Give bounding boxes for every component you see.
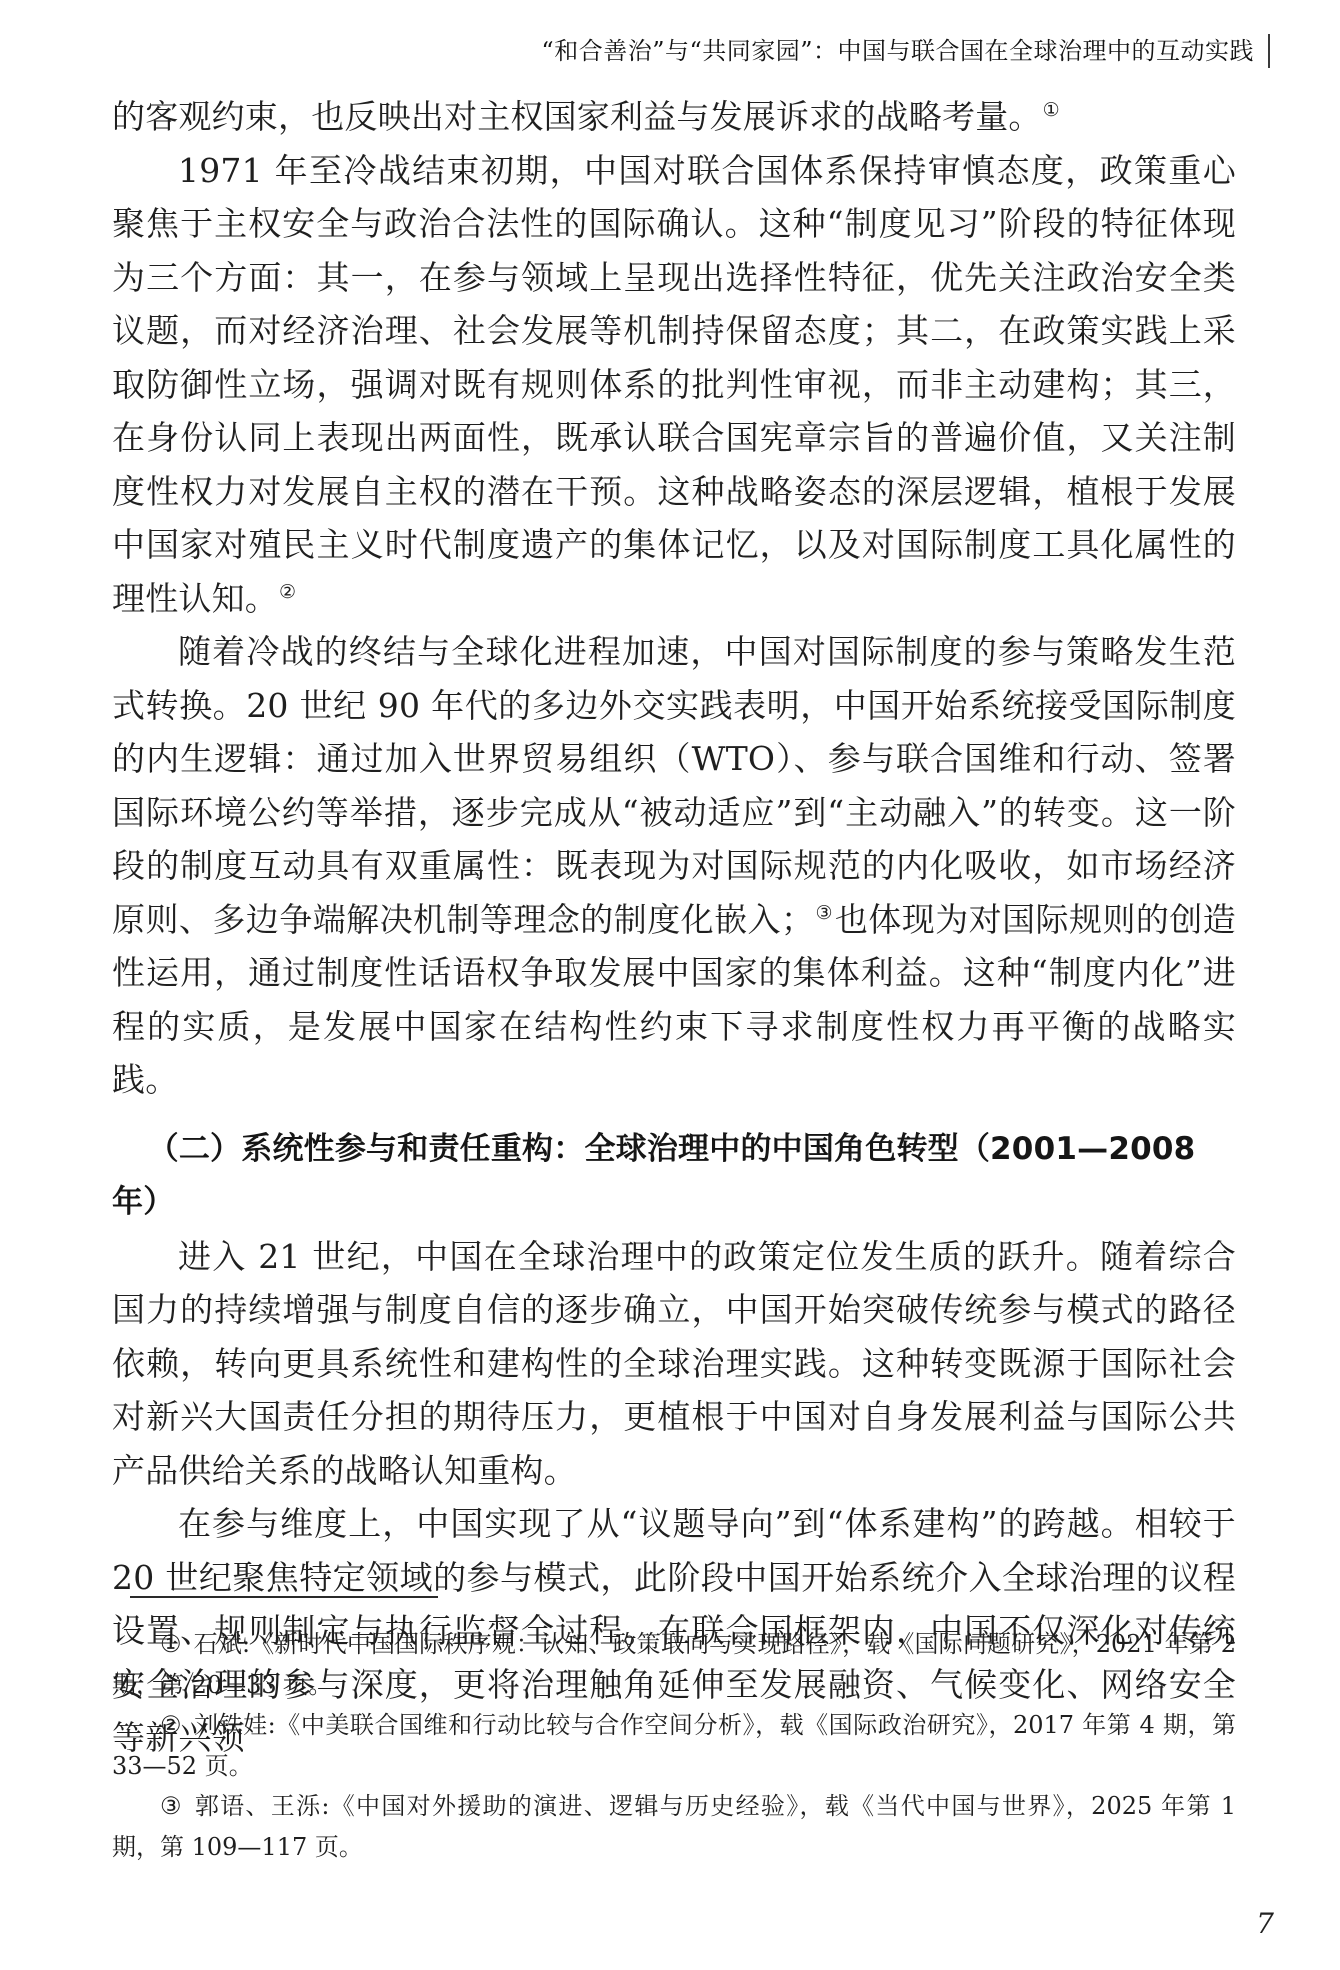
footnotes-section: ①石斌:《新时代中国国际秩序观：认知、政策取向与实现路径》，载《国际问题研究》，… xyxy=(112,1596,1236,1867)
running-header-title: “和合善治”与“共同家园”：中国与联合国在全球治理中的互动实践 xyxy=(541,35,1254,67)
paragraph-2: 1971 年至冷战结束初期，中国对联合国体系保持审慎态度，政策重心聚焦于主权安全… xyxy=(112,144,1236,626)
paragraph-text: 的客观约束，也反映出对主权国家利益与发展诉求的战略考量。 xyxy=(112,97,1042,136)
footnote-ref-1: ① xyxy=(1043,98,1060,121)
section-heading: （二）系统性参与和责任重构：全球治理中的中国角色转型（2001—2008 年） xyxy=(112,1123,1236,1230)
header-divider-bar xyxy=(1268,34,1270,68)
page-body: 的客观约束，也反映出对主权国家利益与发展诉求的战略考量。① 1971 年至冷战结… xyxy=(112,90,1236,1765)
paragraph-continuation: 的客观约束，也反映出对主权国家利益与发展诉求的战略考量。① xyxy=(112,90,1236,144)
footnote-marker: ① xyxy=(160,1630,182,1658)
document-page: “和合善治”与“共同家园”：中国与联合国在全球治理中的互动实践 的客观约束，也反… xyxy=(0,0,1340,1970)
footnote-text: 刘铁娃:《中美联合国维和行动比较与合作空间分析》，载《国际政治研究》，2017 … xyxy=(112,1711,1236,1780)
footnote-item-2: ②刘铁娃:《中美联合国维和行动比较与合作空间分析》，载《国际政治研究》，2017… xyxy=(112,1705,1236,1786)
footnote-marker: ③ xyxy=(160,1792,183,1820)
paragraph-3: 随着冷战的终结与全球化进程加速，中国对国际制度的参与策略发生范式转换。20 世纪… xyxy=(112,625,1236,1107)
footnote-separator-rule xyxy=(130,1596,438,1598)
footnote-item-1: ①石斌:《新时代中国国际秩序观：认知、政策取向与实现路径》，载《国际问题研究》，… xyxy=(112,1624,1236,1705)
paragraph-text: 随着冷战的终结与全球化进程加速，中国对国际制度的参与策略发生范式转换。20 世纪… xyxy=(112,632,1236,939)
footnote-text: 石斌:《新时代中国国际秩序观：认知、政策取向与实现路径》，载《国际问题研究》，2… xyxy=(112,1630,1236,1699)
footnote-ref-3: ③ xyxy=(815,901,833,924)
page-number: 7 xyxy=(1256,1907,1274,1940)
paragraph-text: 1971 年至冷战结束初期，中国对联合国体系保持审慎态度，政策重心聚焦于主权安全… xyxy=(112,151,1236,618)
footnote-ref-2: ② xyxy=(279,580,296,603)
footnote-marker: ② xyxy=(160,1711,182,1739)
footnote-item-3: ③郭语、王泺:《中国对外援助的演进、逻辑与历史经验》，载《当代中国与世界》，20… xyxy=(112,1786,1236,1867)
running-header: “和合善治”与“共同家园”：中国与联合国在全球治理中的互动实践 xyxy=(112,34,1270,68)
footnote-text: 郭语、王泺:《中国对外援助的演进、逻辑与历史经验》，载《当代中国与世界》，202… xyxy=(112,1792,1236,1861)
paragraph-4: 进入 21 世纪，中国在全球治理中的政策定位发生质的跃升。随着综合国力的持续增强… xyxy=(112,1230,1236,1498)
